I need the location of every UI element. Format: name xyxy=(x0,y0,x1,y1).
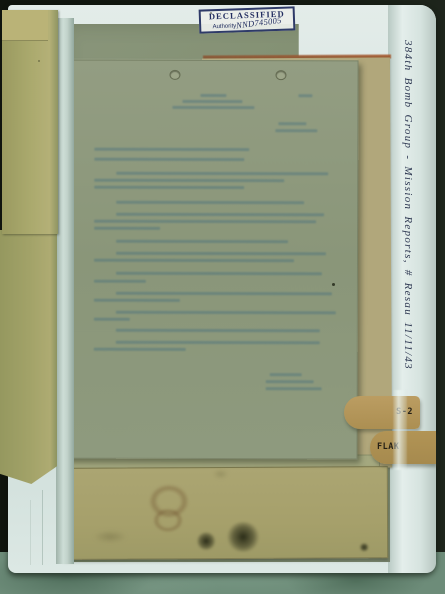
typed-report-page xyxy=(62,60,358,460)
faded-text-line xyxy=(270,373,302,376)
faded-text-line xyxy=(94,259,294,262)
faded-text-line xyxy=(116,341,320,344)
faded-text-line xyxy=(94,348,186,351)
stain-dark xyxy=(196,532,216,550)
faded-text-line xyxy=(116,311,336,314)
faded-text-line xyxy=(116,252,326,255)
stain-smudge xyxy=(93,531,127,543)
faded-typewritten-text xyxy=(65,61,358,62)
aged-stained-strip xyxy=(64,466,388,560)
declassified-stamp: DECLASSIFIED AuthorityNND745005 xyxy=(199,6,296,33)
punch-hole xyxy=(169,70,180,80)
faded-text-line xyxy=(266,387,322,390)
punch-hole xyxy=(275,70,286,80)
ink-speck xyxy=(38,60,40,62)
left-flap-lower xyxy=(0,230,57,484)
faded-text-line xyxy=(94,179,284,182)
faded-text-line xyxy=(94,148,249,151)
side-annotation-handwriting: 384th Bomb Group - Mission Reports, # Re… xyxy=(400,40,415,378)
folder-spine-strip xyxy=(56,18,74,564)
faded-text-line xyxy=(94,280,146,283)
stamp-authority-line: AuthorityNND745005 xyxy=(201,18,293,31)
left-flap-upper xyxy=(2,10,58,234)
ink-speck xyxy=(210,12,212,14)
faded-text-line xyxy=(116,272,322,275)
folder-crease-line xyxy=(30,500,31,565)
faded-text-line xyxy=(94,186,244,189)
stain-dark xyxy=(359,543,369,551)
faded-text-line xyxy=(94,299,180,302)
faded-text-line xyxy=(278,122,306,125)
photo-frame: S-2 FLAK 384th Bomb Group - Mission Repo… xyxy=(0,0,445,594)
folder-crease-line xyxy=(42,490,43,565)
faded-text-line xyxy=(116,172,328,175)
faded-text-line xyxy=(116,292,332,295)
faded-text-line xyxy=(116,201,304,204)
stain-smudge xyxy=(213,470,229,478)
faded-text-line xyxy=(94,227,160,230)
faded-text-line xyxy=(116,240,288,243)
faded-text-line xyxy=(94,158,244,161)
faded-text-line xyxy=(172,106,254,109)
left-flap-top-piece xyxy=(2,10,48,41)
faded-text-line xyxy=(200,94,226,97)
faded-text-line xyxy=(116,213,324,216)
ink-speck xyxy=(332,283,335,286)
stain-ring xyxy=(153,508,183,532)
faded-text-line xyxy=(116,329,320,332)
faded-text-line xyxy=(94,318,130,321)
faded-text-line xyxy=(298,94,312,97)
faded-text-line xyxy=(94,220,316,223)
index-tab-s2: S-2 xyxy=(344,396,420,429)
faded-text-line xyxy=(266,380,314,383)
faded-text-line xyxy=(182,100,242,103)
fold-highlight xyxy=(393,390,407,470)
faded-text-line xyxy=(275,129,317,132)
stamp-authority-label: Authority xyxy=(212,23,236,30)
stain-dark xyxy=(226,522,260,552)
